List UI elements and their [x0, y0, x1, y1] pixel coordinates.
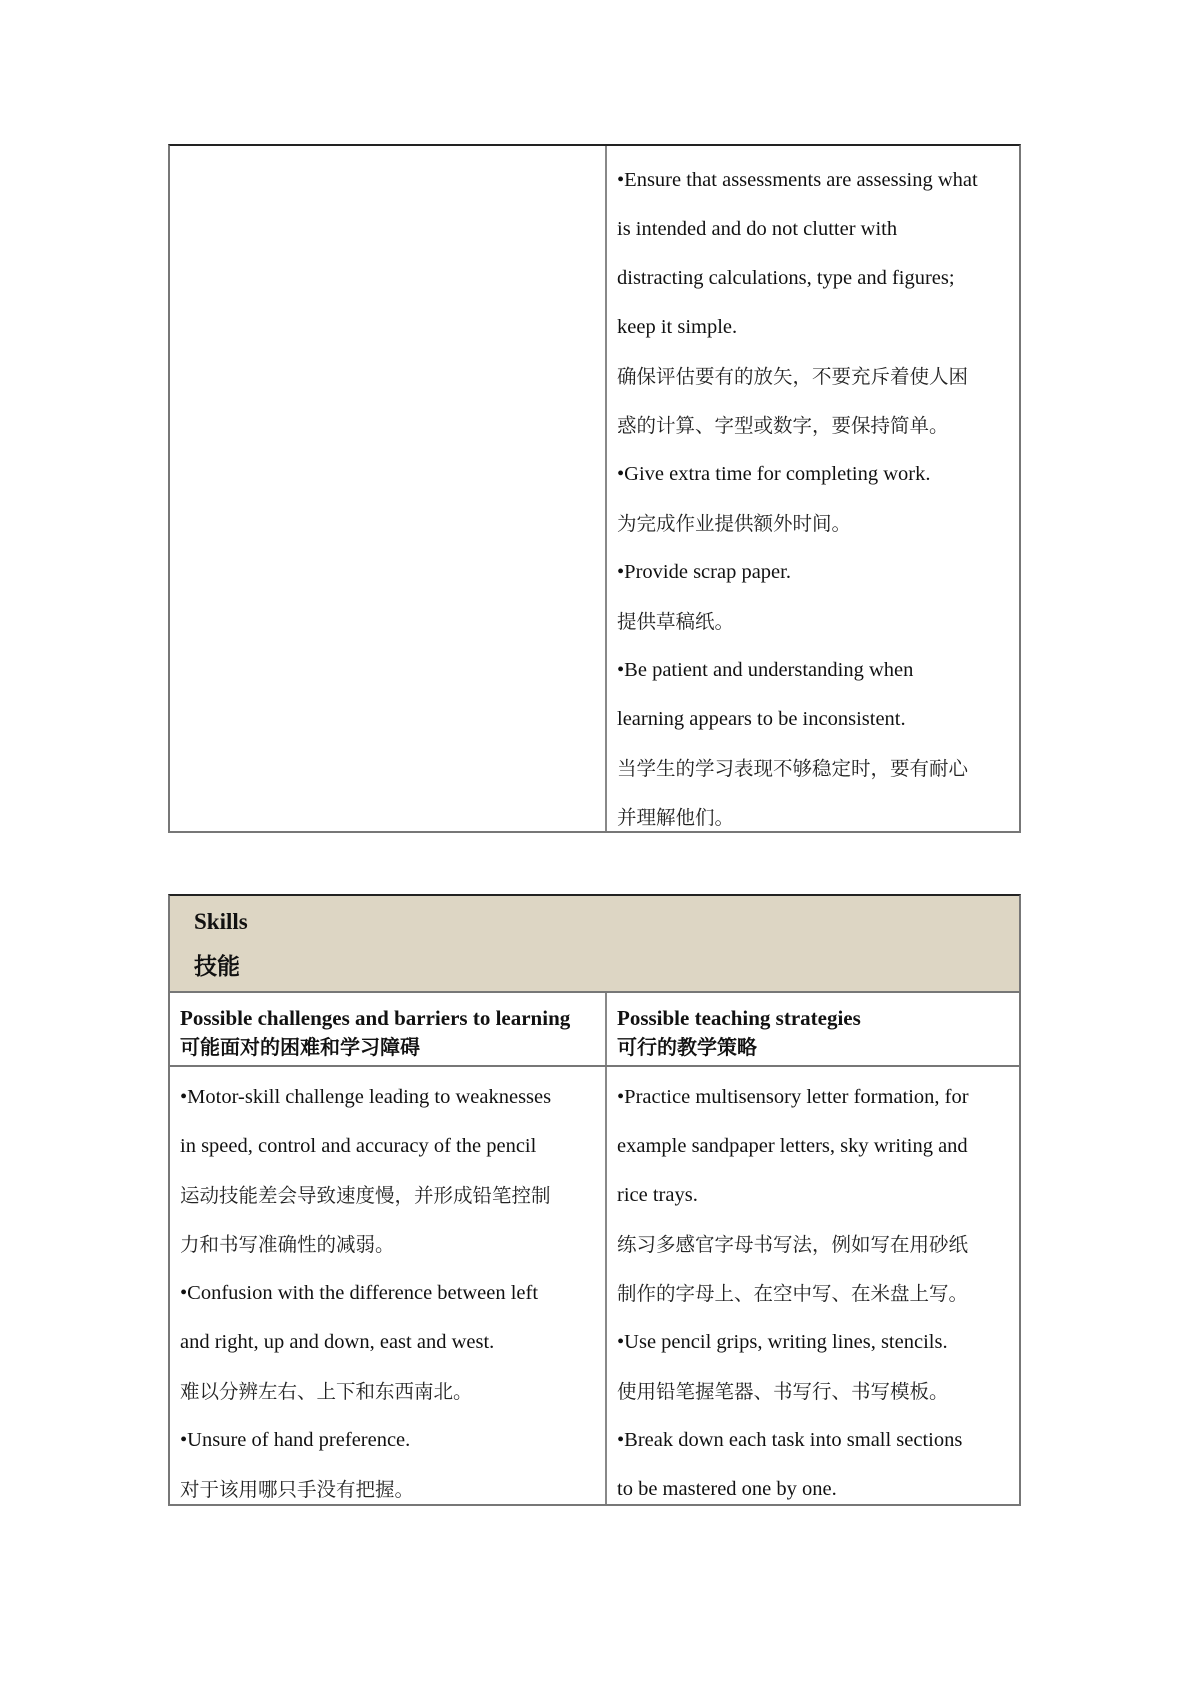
- text-line: •Give extra time for completing work.: [617, 450, 1009, 499]
- text-line: rice trays.: [617, 1171, 1009, 1220]
- text-line: •Break down each task into small section…: [617, 1416, 1009, 1465]
- text-line: •Confusion with the difference between l…: [180, 1269, 595, 1318]
- text-line: to be mastered one by one.: [617, 1465, 1009, 1514]
- strategies-cell: •Ensure that assessments are assessing w…: [605, 146, 1019, 831]
- text-line: •Ensure that assessments are assessing w…: [617, 156, 1009, 205]
- text-line: 运动技能差会导致速度慢，并形成铅笔控制: [180, 1171, 595, 1220]
- strategies-table-continued: •Ensure that assessments are assessing w…: [168, 144, 1021, 833]
- text-line: •Unsure of hand preference.: [180, 1416, 595, 1465]
- column-header-en: Possible teaching strategies: [617, 1003, 1009, 1033]
- text-line: 惑的计算、字型或数字，要保持简单。: [617, 401, 1009, 450]
- text-line: 力和书写准确性的减弱。: [180, 1220, 595, 1269]
- text-line: 难以分辨左右、上下和东西南北。: [180, 1367, 595, 1416]
- column-header-zh: 可行的教学策略: [617, 1033, 1009, 1061]
- text-line: 确保评估要有的放矢，不要充斥着使人困: [617, 352, 1009, 401]
- column-header-zh: 可能面对的困难和学习障碍: [180, 1033, 595, 1061]
- text-line: distracting calculations, type and figur…: [617, 254, 1009, 303]
- text-line: 当学生的学习表现不够稳定时，要有耐心: [617, 744, 1009, 793]
- text-line: 为完成作业提供额外时间。: [617, 499, 1009, 548]
- section-header-skills: Skills 技能: [170, 896, 1019, 993]
- text-line: 练习多感官字母书写法，例如写在用砂纸: [617, 1220, 1009, 1269]
- skills-table: Skills 技能 Possible challenges and barrie…: [168, 894, 1021, 1506]
- column-header-strategies: Possible teaching strategies 可行的教学策略: [605, 993, 1019, 1065]
- text-line: 使用铅笔握笔器、书写行、书写模板。: [617, 1367, 1009, 1416]
- section-title-en: Skills: [194, 902, 1019, 942]
- column-header-row: Possible challenges and barriers to lear…: [170, 993, 1019, 1067]
- text-line: •Be patient and understanding when: [617, 646, 1009, 695]
- challenges-cell-empty: [170, 146, 605, 831]
- challenges-cell: •Motor-skill challenge leading to weakne…: [170, 1067, 605, 1504]
- column-header-en: Possible challenges and barriers to lear…: [180, 1003, 595, 1033]
- strategies-cell: •Practice multisensory letter formation,…: [605, 1067, 1019, 1504]
- text-line: is intended and do not clutter with: [617, 205, 1009, 254]
- text-line: example sandpaper letters, sky writing a…: [617, 1122, 1009, 1171]
- section-title-zh: 技能: [194, 942, 1019, 992]
- text-line: and right, up and down, east and west.: [180, 1318, 595, 1367]
- text-line: 制作的字母上、在空中写、在米盘上写。: [617, 1269, 1009, 1318]
- text-line: keep it simple.: [617, 303, 1009, 352]
- text-line: 并理解他们。: [617, 793, 1009, 842]
- column-header-challenges: Possible challenges and barriers to lear…: [170, 993, 605, 1065]
- text-line: 对于该用哪只手没有把握。: [180, 1465, 595, 1514]
- text-line: learning appears to be inconsistent.: [617, 695, 1009, 744]
- text-line: in speed, control and accuracy of the pe…: [180, 1122, 595, 1171]
- text-line: •Practice multisensory letter formation,…: [617, 1073, 1009, 1122]
- text-line: •Motor-skill challenge leading to weakne…: [180, 1073, 595, 1122]
- table-body-row: •Motor-skill challenge leading to weakne…: [170, 1067, 1019, 1504]
- text-line: 提供草稿纸。: [617, 597, 1009, 646]
- text-line: •Use pencil grips, writing lines, stenci…: [617, 1318, 1009, 1367]
- text-line: •Provide scrap paper.: [617, 548, 1009, 597]
